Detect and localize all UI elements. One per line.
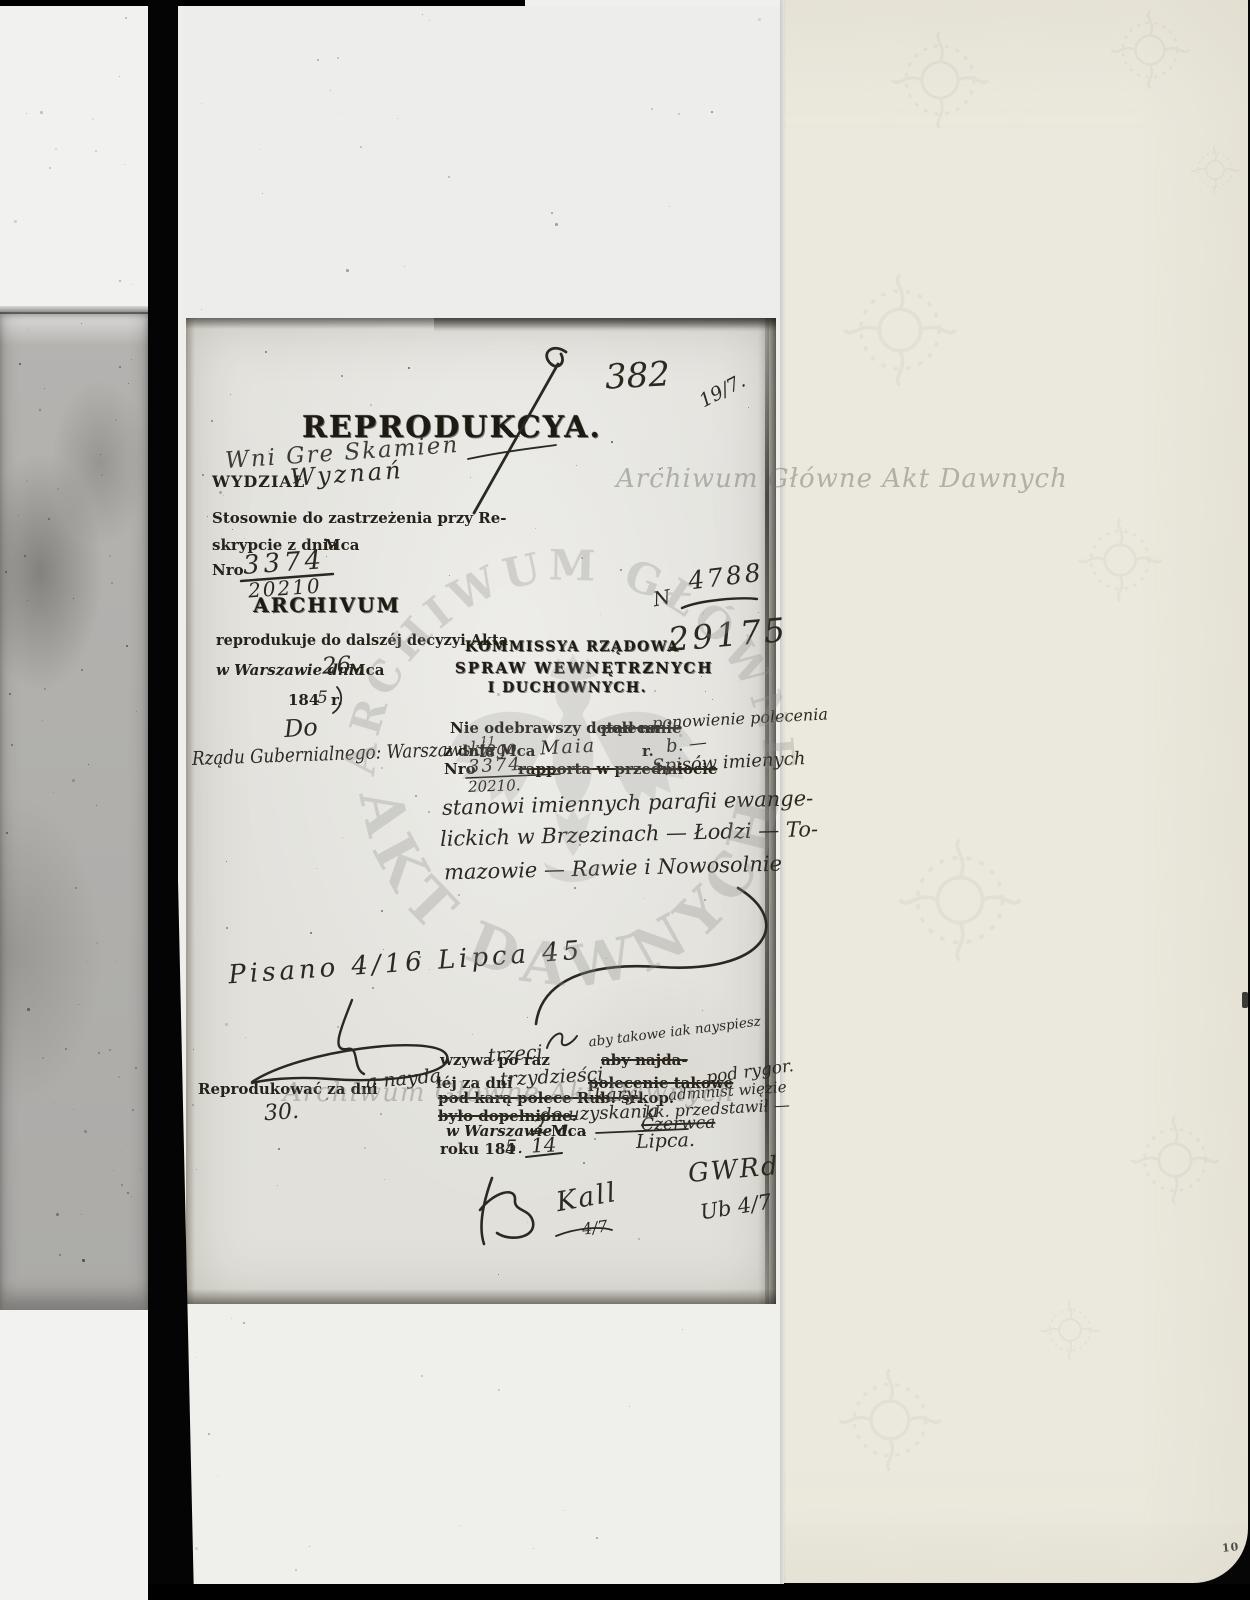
paper-speckle [712,699,713,700]
paper-speckle [231,1318,232,1319]
paper-speckle [6,832,8,834]
paper-speckle [88,764,89,765]
paper-speckle [620,569,622,571]
paper-speckle [49,167,51,169]
paper-speckle [533,1548,534,1549]
paper-speckle [26,480,28,482]
paper-speckle [56,1213,59,1216]
paper-speckle [131,1196,132,1197]
paper-speckle [128,383,129,384]
kommissya-line2: SPRAW WEWNĘTRZNYCH [455,659,680,677]
paper-speckle [330,90,331,91]
paper-speckle [381,910,383,912]
paper-speckle [219,491,222,494]
paper-speckle [606,958,607,959]
nro-label: Nro [212,561,244,579]
paper-speckle [131,359,132,360]
paper-speckle [192,1104,194,1106]
paper-speckle [555,223,558,226]
paper-speckle [196,1169,197,1170]
paper-speckle [5,571,7,573]
paper-speckle [265,351,267,353]
paper-speckle [360,146,362,148]
paper-speckle [499,1197,500,1198]
paper-speckle [309,1546,310,1547]
paper-speckle [498,1389,500,1391]
paper-speckle [705,691,706,692]
paper-speckle [55,148,57,150]
paper-speckle [428,811,430,813]
paper-speckle [111,582,113,584]
watermark-line-1: Archiwum Główne Akt Dawnych [616,464,1068,494]
paper-speckle [73,598,74,599]
paper-speckle [703,613,704,614]
paper-speckle [40,111,43,114]
paper-speckle [459,1525,460,1526]
paper-speckle [346,269,349,272]
paper-speckle [678,113,680,115]
paper-speckle [42,1057,44,1059]
paper-speckle [118,1076,120,1078]
paper-speckle [121,1184,123,1186]
paper-speckle [611,441,613,443]
paper-speckle [223,495,224,496]
paper-speckle [126,645,128,647]
paper-speckle [39,409,41,411]
footer-num-handwritten: 14 [530,1132,557,1157]
year-printed: 184 [288,691,319,709]
paper-speckle [317,59,319,61]
paper-speckle [9,693,11,695]
ref-symbol: N [651,585,672,612]
paper-speckle [226,927,228,929]
paper-speckle [86,961,87,962]
paper-speckle [101,474,103,476]
paper-speckle [581,557,583,559]
paper-speckle [422,14,423,15]
paper-speckle [613,474,614,475]
paper-speckle [42,720,43,721]
paper-speckle [81,669,83,671]
paper-speckle [342,837,343,838]
paper-speckle [527,1222,528,1223]
kommissya-line3: I DUCHOWNYCH. [465,680,670,696]
paper-speckle [669,206,670,207]
paper-speckle [470,477,471,478]
paper-speckle [96,805,97,806]
paper-speckle [75,887,77,889]
paper-speckle [758,18,761,21]
paper-speckle [310,932,312,934]
paper-speckle [278,1148,280,1150]
addressee-do: Do [283,713,319,743]
paper-speckle [551,212,553,214]
paper-speckle [644,898,645,899]
edge-mark [1242,992,1248,1008]
paper-speckle [119,280,121,282]
paper-speckle [262,193,263,194]
paper-speckle [81,1214,82,1215]
paper-speckle [19,363,21,365]
paper-speckle [421,1375,423,1377]
paper-speckle [351,1004,352,1005]
paper-speckle [232,529,233,530]
paper-speckle [78,1004,79,1005]
paper-speckle [18,515,19,516]
paper-speckle [364,1147,366,1149]
paper-speckle [702,1010,703,1011]
paper-speckle [766,899,767,900]
paper-speckle [53,792,54,793]
paper-speckle [564,1510,565,1511]
paper-speckle [316,868,317,869]
paper-speckle [73,1109,74,1110]
paper-speckle [638,1238,640,1240]
paper-speckle [429,20,430,21]
paper-speckle [65,1048,67,1050]
paper-speckle [109,555,111,557]
paper-speckle [195,1547,198,1550]
paper-speckle [682,1329,683,1330]
footer-mca: Mca [551,1122,586,1140]
archival-scan-canvas: 382 19/7. REPRODUKCYA. Wni Gre Skamien W… [0,0,1250,1600]
paper-speckle [415,795,417,797]
mca-label-2: Mca [349,661,384,679]
paper-speckle [201,309,202,310]
paper-speckle [116,961,117,962]
paper-speckle [245,1037,246,1038]
paper-speckle [202,474,204,476]
paper-speckle [211,420,213,422]
paper-speckle [27,1008,30,1011]
paper-speckle [341,375,343,377]
paper-speckle [472,1034,473,1035]
paper-speckle [131,284,132,285]
paper-speckle [370,404,372,406]
paper-speckle [629,1406,630,1407]
year-handwritten: 5 [317,688,328,708]
paper-speckle [711,111,713,113]
page-number-annotation: 382 [604,354,671,397]
paper-speckle [381,767,383,769]
paper-speckle [135,1067,137,1069]
paper-speckle [527,1017,528,1018]
body-l3-denominator: 20210. [468,776,521,796]
paper-speckle [28,329,29,330]
paper-speckle [704,899,706,901]
kommissya-line1: KOMMISSYA RZĄDOWA [465,639,670,655]
corner-mark: 10 [1221,1540,1240,1555]
film-edge-bottom [148,1584,1250,1600]
paper-speckle [208,1433,210,1435]
paper-speckle [226,861,227,862]
mca-label-1: Mca [324,536,359,554]
paper-speckle [57,488,59,490]
paper-speckle [44,688,46,690]
paper-speckle [448,176,450,178]
paper-speckle [14,220,17,223]
paper-speckle [119,366,121,368]
paper-speckle [95,150,97,152]
paper-speckle [295,1569,297,1571]
signature-center-date: 4/7 [581,1216,609,1238]
paper-speckle [121,1151,122,1152]
paper-speckle [201,103,202,104]
wzywa-handwritten: trzeci [487,1041,543,1067]
paper-speckle [230,394,231,395]
paper-speckle [136,711,137,712]
paper-speckle [574,887,576,889]
paper-speckle [100,454,101,455]
paper-speckle [96,942,98,944]
day-value: 26 [321,652,352,679]
year-r: r. [331,691,343,709]
paper-speckle [594,1138,596,1140]
paper-speckle [259,149,260,150]
paper-speckle [372,987,374,989]
paper-speckle [600,614,601,615]
wzywa-struck: aby najda- [601,1051,688,1069]
paper-speckle [132,1109,134,1111]
paper-speckle [498,1274,499,1275]
paper-speckle [596,1537,598,1539]
body-l2-month: Maia [539,735,596,760]
paper-speckle [195,1357,196,1358]
paper-speckle [140,1169,141,1170]
paper-speckle [651,108,653,110]
paper-speckle [404,266,405,267]
paper-speckle [113,1170,114,1171]
paper-speckle [408,367,410,369]
paper-speckle [193,1049,194,1050]
paper-speckle [535,528,536,529]
archivum-title: ARCHIVUM [252,593,402,617]
paper-speckle [225,1023,228,1026]
paper-speckle [48,518,50,520]
paper-speckle [380,1113,382,1115]
paper-speckle [243,1322,245,1324]
paper-speckle [72,779,75,782]
paper-speckle [337,57,339,59]
paper-speckle [93,1300,94,1301]
paper-speckle [384,1179,385,1180]
paper-speckle [397,118,398,119]
watermark-line-2: Archiwum Główne Akt Dawnych [283,1078,735,1108]
paper-speckle [115,419,117,421]
paper-speckle [449,575,450,576]
paper-speckle [54,1103,55,1104]
paper-speckle [338,113,339,114]
paper-speckle [59,1254,61,1256]
paper-speckle [124,164,125,165]
paper-speckle [27,600,28,601]
paper-speckle [458,894,460,896]
paper-speckle [119,76,120,77]
paper-speckle [11,744,13,746]
paper-speckle [583,1162,585,1164]
paper-speckle [109,1049,111,1051]
paper-speckle [26,113,27,114]
paper-speckle [98,1052,100,1054]
paper-speckle [326,556,327,557]
roku-handwritten: 5. [505,1136,523,1158]
paper-speckle [44,388,45,389]
paper-speckle [24,555,26,557]
paper-speckle [337,1026,339,1028]
month-handwritten: Lipca. [636,1129,696,1153]
paper-speckle [277,1185,278,1186]
paper-speckle [217,1475,218,1476]
paper-speckle [81,323,82,324]
film-edge-top [0,0,525,6]
stosownie-line1: Stosownie do zastrzeżenia przy Re- [212,509,506,527]
paper-speckle [207,516,208,517]
paper-speckle [84,1130,87,1133]
paper-speckle [82,1259,85,1262]
paper-speckle [127,1192,129,1194]
paper-speckle [576,465,577,466]
paper-speckle [125,17,127,19]
paper-speckle [748,407,749,408]
paper-speckle [92,118,94,120]
